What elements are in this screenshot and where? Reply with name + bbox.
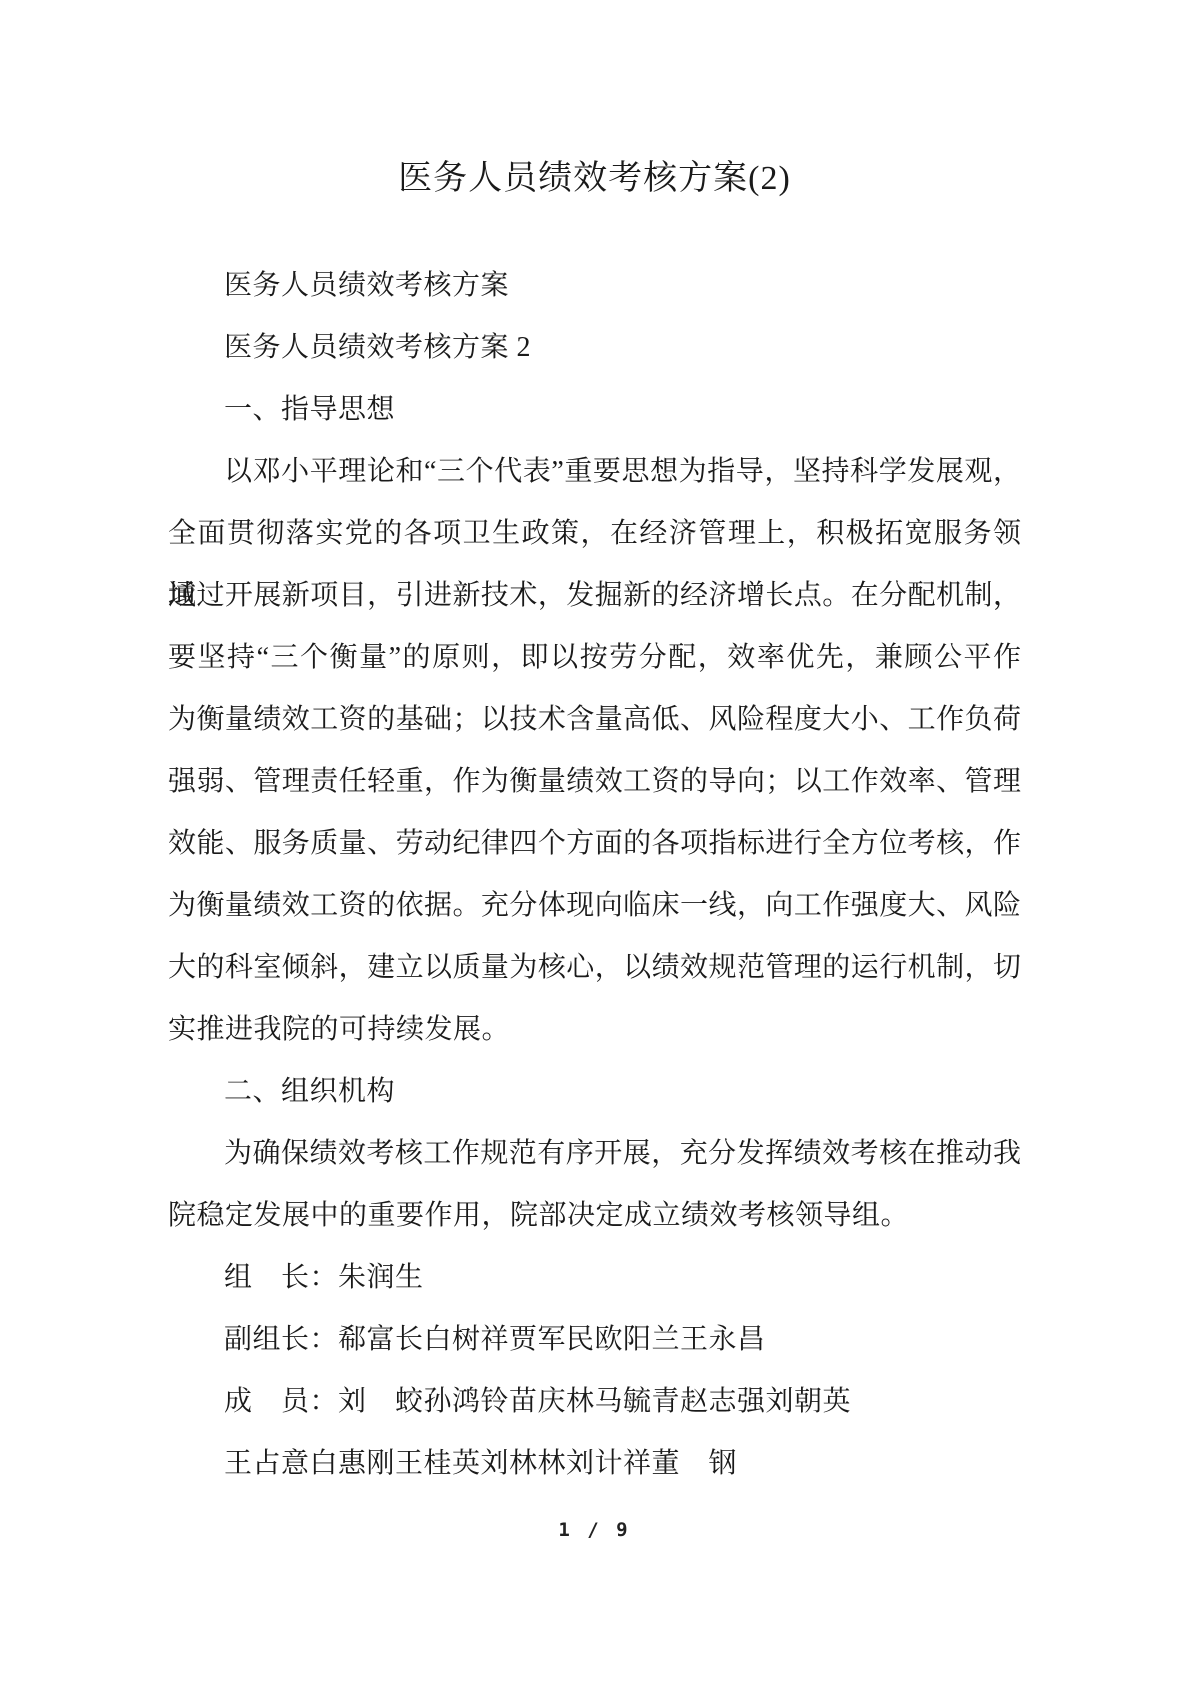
roster-line-members: 成 员：刘 蛟孙鸿铃苗庆林马毓青赵志强刘朝英	[168, 1371, 1021, 1433]
roster-line-leader: 组 长：朱润生	[168, 1247, 1021, 1309]
body-line: 通过开展新项目，引进新技术，发掘新的经济增长点。在分配机制，	[168, 565, 1021, 627]
roster-line-members-continued: 王占意白惠刚王桂英刘林林刘计祥董 钢	[168, 1433, 1021, 1495]
body-line: 大的科室倾斜，建立以质量为核心，以绩效规范管理的运行机制，切	[168, 937, 1021, 999]
document-text: 医务人员绩效考核方案 医务人员绩效考核方案 2 一、指导思想 以邓小平理论和“三…	[168, 255, 1021, 1495]
section-2-heading: 二、组织机构	[168, 1061, 1021, 1123]
body-line: 为确保绩效考核工作规范有序开展，充分发挥绩效考核在推动我	[168, 1123, 1021, 1185]
body-line: 为衡量绩效工资的依据。充分体现向临床一线，向工作强度大、风险	[168, 875, 1021, 937]
section-1-heading: 一、指导思想	[168, 379, 1021, 441]
body-line: 要坚持“三个衡量”的原则，即以按劳分配，效率优先，兼顾公平作	[168, 627, 1021, 689]
body-line: 为衡量绩效工资的基础；以技术含量高低、风险程度大小、工作负荷	[168, 689, 1021, 751]
subtitle-line-2: 医务人员绩效考核方案 2	[168, 317, 1021, 379]
body-line: 实推进我院的可持续发展。	[168, 999, 1021, 1061]
document-page: 医务人员绩效考核方案(2) 医务人员绩效考核方案 医务人员绩效考核方案 2 一、…	[0, 0, 1189, 1682]
body-line: 效能、服务质量、劳动纪律四个方面的各项指标进行全方位考核，作	[168, 813, 1021, 875]
document-title: 医务人员绩效考核方案(2)	[168, 158, 1021, 200]
body-line: 强弱、管理责任轻重，作为衡量绩效工资的导向；以工作效率、管理	[168, 751, 1021, 813]
document-body: 医务人员绩效考核方案(2) 医务人员绩效考核方案 医务人员绩效考核方案 2 一、…	[0, 158, 1189, 1495]
subtitle-line-1: 医务人员绩效考核方案	[168, 255, 1021, 317]
roster-line-deputy-leaders: 副组长：郗富长白树祥贾军民欧阳兰王永昌	[168, 1309, 1021, 1371]
body-line: 院稳定发展中的重要作用，院部决定成立绩效考核领导组。	[168, 1185, 1021, 1247]
body-line: 以邓小平理论和“三个代表”重要思想为指导，坚持科学发展观，	[168, 441, 1021, 503]
body-line: 全面贯彻落实党的各项卫生政策，在经济管理上，积极拓宽服务领域，	[168, 503, 1021, 565]
page-number-indicator: 1 / 9	[0, 1515, 1189, 1545]
